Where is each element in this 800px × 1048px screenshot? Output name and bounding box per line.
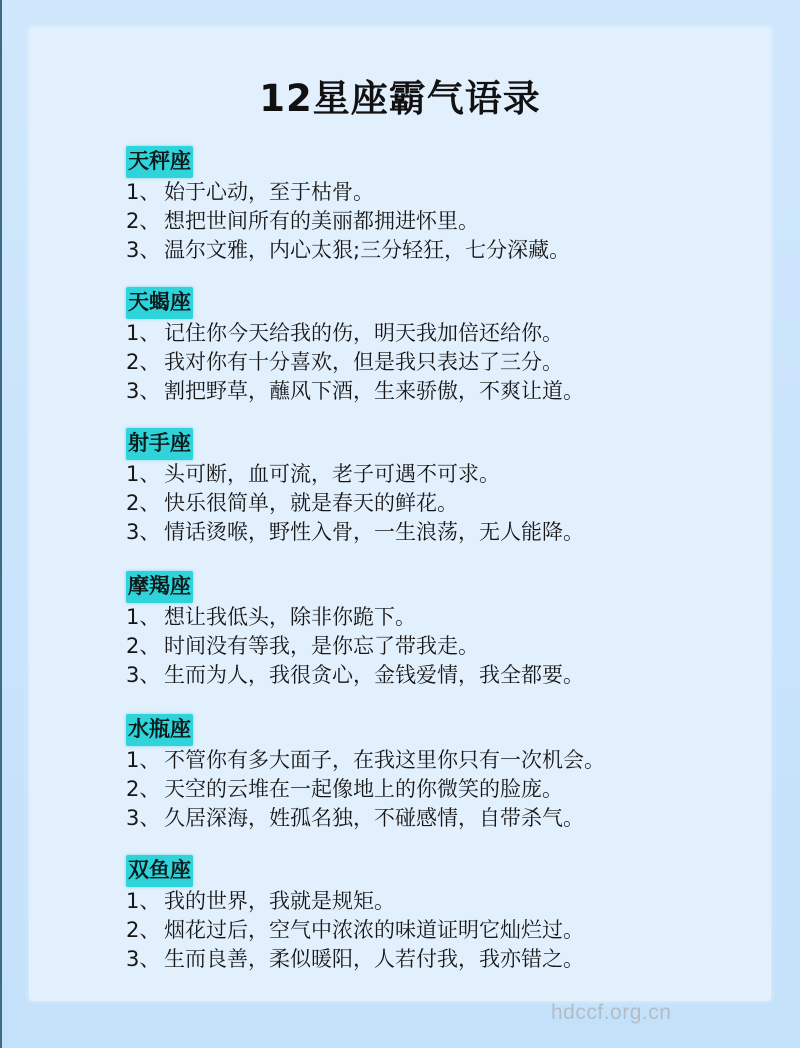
quote-item: 1、想让我低头，除非你跪下。	[126, 603, 584, 632]
section-libra: 天秤座 1、始于心动，至于枯骨。 2、想把世间所有的美丽都拥进怀里。 3、温尔文…	[126, 146, 570, 265]
quote-text: 生而良善，柔似暖阳，人若付我，我亦错之。	[164, 947, 584, 971]
quote-text: 天空的云堆在一起像地上的你微笑的脸庞。	[164, 777, 563, 801]
quote-list: 1、我的世界，我就是规矩。 2、烟花过后，空气中浓浓的味道证明它灿烂过。 3、生…	[126, 887, 584, 974]
quote-item: 3、温尔文雅，内心太狠;三分轻狂，七分深藏。	[126, 236, 570, 265]
item-number: 3、	[126, 804, 164, 833]
quote-list: 1、记住你今天给我的伤，明天我加倍还给你。 2、我对你有十分喜欢，但是我只表达了…	[126, 319, 584, 406]
page-title: 12星座霸气语录	[0, 68, 800, 122]
quote-text: 头可断，血可流，老子可遇不可求。	[164, 462, 500, 486]
section-pisces: 双鱼座 1、我的世界，我就是规矩。 2、烟花过后，空气中浓浓的味道证明它灿烂过。…	[126, 855, 584, 974]
quote-text: 不管你有多大面子，在我这里你只有一次机会。	[164, 748, 605, 772]
item-number: 1、	[126, 887, 164, 916]
quote-item: 2、烟花过后，空气中浓浓的味道证明它灿烂过。	[126, 916, 584, 945]
quote-list: 1、头可断，血可流，老子可遇不可求。 2、快乐很简单，就是春天的鲜花。 3、情话…	[126, 460, 584, 547]
quote-item: 2、想把世间所有的美丽都拥进怀里。	[126, 207, 570, 236]
quote-text: 烟花过后，空气中浓浓的味道证明它灿烂过。	[164, 918, 584, 942]
quote-text: 时间没有等我，是你忘了带我走。	[164, 634, 479, 658]
section-heading-badge: 天秤座	[126, 146, 193, 178]
item-number: 1、	[126, 460, 164, 489]
quote-text: 记住你今天给我的伤，明天我加倍还给你。	[164, 321, 563, 345]
quote-item: 3、久居深海，姓孤名独，不碰感情，自带杀气。	[126, 804, 605, 833]
item-number: 3、	[126, 377, 164, 406]
item-number: 3、	[126, 236, 164, 265]
item-number: 2、	[126, 207, 164, 236]
quote-text: 情话烫喉，野性入骨，一生浪荡，无人能降。	[164, 520, 584, 544]
section-capricorn: 摩羯座 1、想让我低头，除非你跪下。 2、时间没有等我，是你忘了带我走。 3、生…	[126, 571, 584, 690]
item-number: 1、	[126, 178, 164, 207]
quote-item: 1、记住你今天给我的伤，明天我加倍还给你。	[126, 319, 584, 348]
section-heading-badge: 摩羯座	[126, 571, 193, 603]
quote-item: 2、时间没有等我，是你忘了带我走。	[126, 632, 584, 661]
quote-item: 3、情话烫喉，野性入骨，一生浪荡，无人能降。	[126, 518, 584, 547]
item-number: 2、	[126, 348, 164, 377]
section-sagittarius: 射手座 1、头可断，血可流，老子可遇不可求。 2、快乐很简单，就是春天的鲜花。 …	[126, 428, 584, 547]
quote-item: 3、生而良善，柔似暖阳，人若付我，我亦错之。	[126, 945, 584, 974]
quote-text: 温尔文雅，内心太狠;三分轻狂，七分深藏。	[164, 238, 570, 262]
quote-item: 2、天空的云堆在一起像地上的你微笑的脸庞。	[126, 775, 605, 804]
section-scorpio: 天蝎座 1、记住你今天给我的伤，明天我加倍还给你。 2、我对你有十分喜欢，但是我…	[126, 287, 584, 406]
quote-text: 想让我低头，除非你跪下。	[164, 605, 416, 629]
quote-item: 1、我的世界，我就是规矩。	[126, 887, 584, 916]
section-heading-badge: 天蝎座	[126, 287, 193, 319]
item-number: 3、	[126, 518, 164, 547]
item-number: 1、	[126, 319, 164, 348]
quote-text: 我的世界，我就是规矩。	[164, 889, 395, 913]
quote-text: 割把野草，蘸风下酒，生来骄傲，不爽让道。	[164, 379, 584, 403]
item-number: 3、	[126, 945, 164, 974]
quote-list: 1、始于心动，至于枯骨。 2、想把世间所有的美丽都拥进怀里。 3、温尔文雅，内心…	[126, 178, 570, 265]
quote-item: 3、割把野草，蘸风下酒，生来骄傲，不爽让道。	[126, 377, 584, 406]
quote-text: 生而为人，我很贪心，金钱爱情，我全都要。	[164, 663, 584, 687]
quote-item: 2、快乐很简单，就是春天的鲜花。	[126, 489, 584, 518]
quote-item: 1、始于心动，至于枯骨。	[126, 178, 570, 207]
section-heading-badge: 双鱼座	[126, 855, 193, 887]
quote-list: 1、不管你有多大面子，在我这里你只有一次机会。 2、天空的云堆在一起像地上的你微…	[126, 746, 605, 833]
quote-text: 始于心动，至于枯骨。	[164, 180, 374, 204]
item-number: 1、	[126, 603, 164, 632]
watermark: hdccf.org.cn	[551, 1001, 671, 1025]
section-heading-badge: 射手座	[126, 428, 193, 460]
quote-text: 想把世间所有的美丽都拥进怀里。	[164, 209, 479, 233]
section-aquarius: 水瓶座 1、不管你有多大面子，在我这里你只有一次机会。 2、天空的云堆在一起像地…	[126, 714, 605, 833]
item-number: 3、	[126, 661, 164, 690]
item-number: 1、	[126, 746, 164, 775]
quote-item: 3、生而为人，我很贪心，金钱爱情，我全都要。	[126, 661, 584, 690]
quote-list: 1、想让我低头，除非你跪下。 2、时间没有等我，是你忘了带我走。 3、生而为人，…	[126, 603, 584, 690]
quote-text: 快乐很简单，就是春天的鲜花。	[164, 491, 458, 515]
item-number: 2、	[126, 775, 164, 804]
quote-text: 久居深海，姓孤名独，不碰感情，自带杀气。	[164, 806, 584, 830]
quote-item: 1、不管你有多大面子，在我这里你只有一次机会。	[126, 746, 605, 775]
quote-item: 2、我对你有十分喜欢，但是我只表达了三分。	[126, 348, 584, 377]
item-number: 2、	[126, 632, 164, 661]
section-heading-badge: 水瓶座	[126, 714, 193, 746]
quote-item: 1、头可断，血可流，老子可遇不可求。	[126, 460, 584, 489]
item-number: 2、	[126, 916, 164, 945]
item-number: 2、	[126, 489, 164, 518]
quote-text: 我对你有十分喜欢，但是我只表达了三分。	[164, 350, 563, 374]
